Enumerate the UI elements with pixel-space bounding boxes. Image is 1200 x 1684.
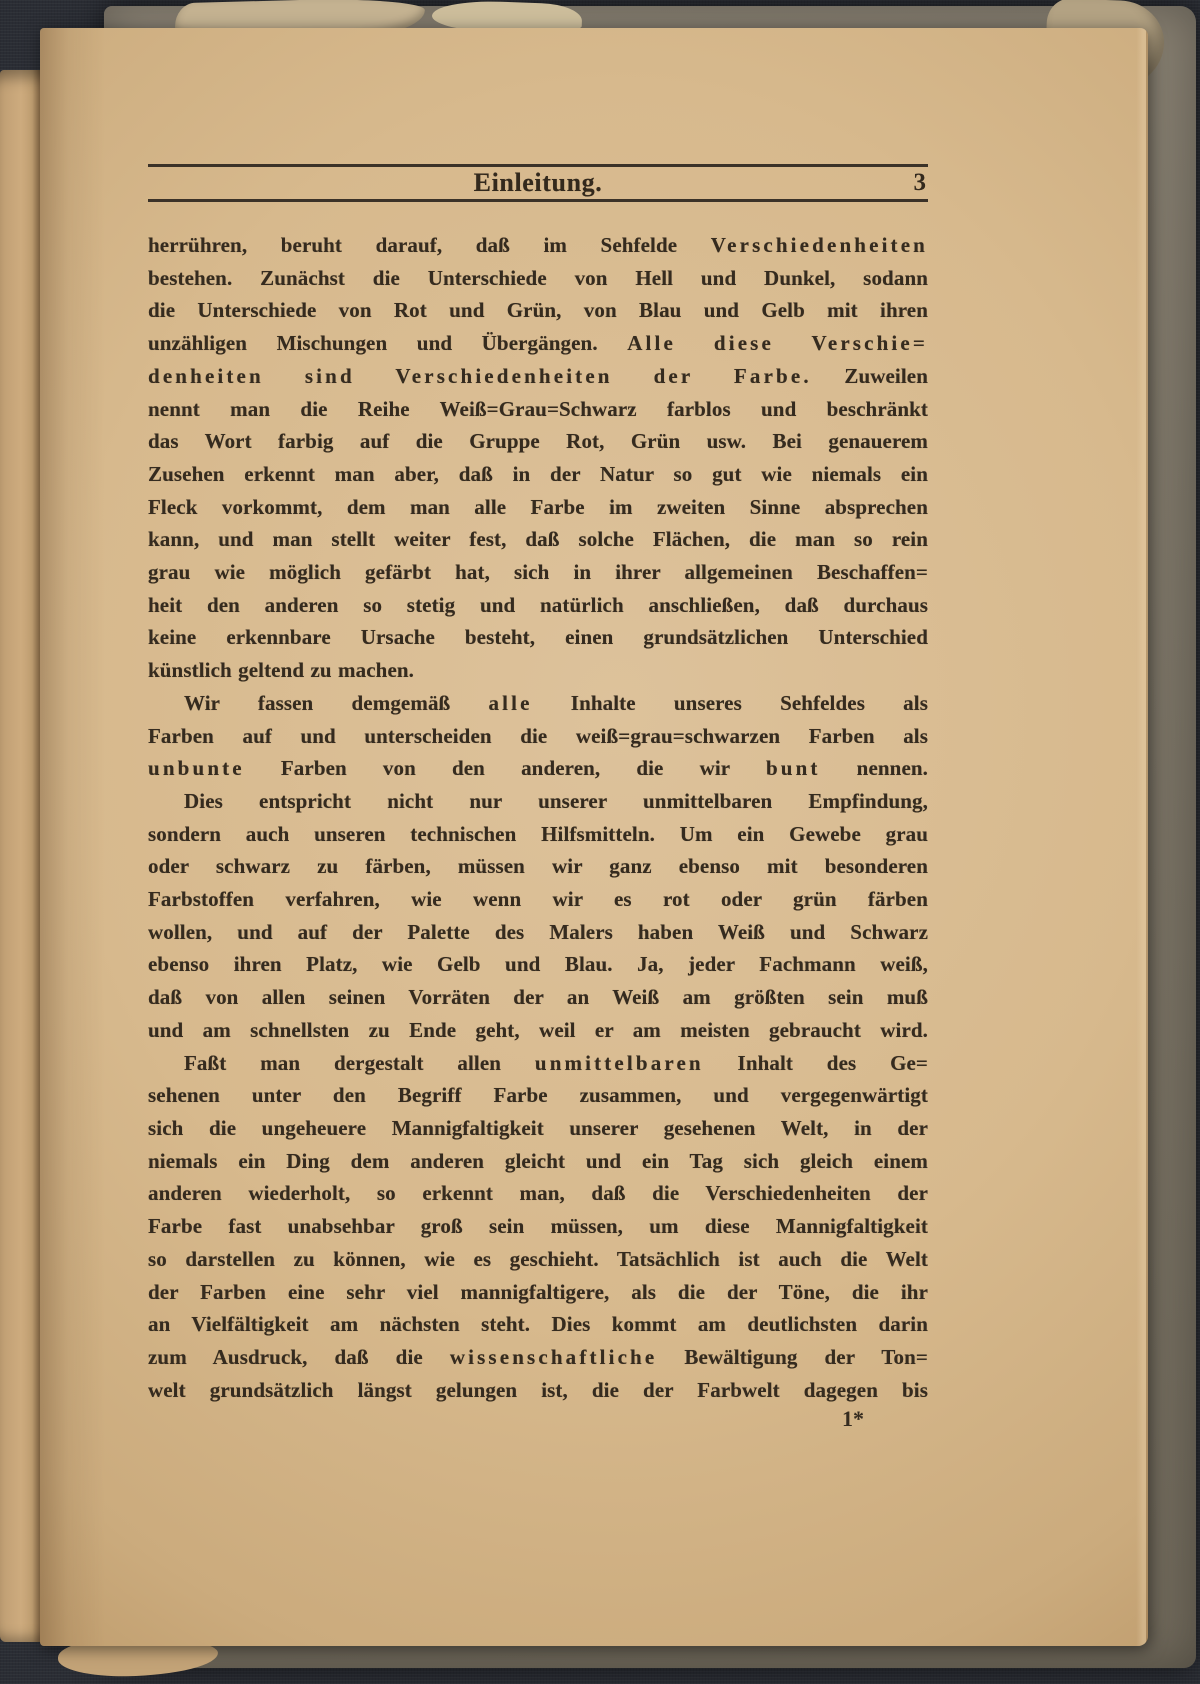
text-segment: anderen wiederholt, so erkennt man, daß … — [148, 1181, 928, 1205]
text-segment: Alle diese Verschie= — [627, 331, 928, 355]
text-line: das Wort farbig auf die Gruppe Rot, Grün… — [148, 425, 928, 458]
text-line: kann, und man stellt weiter fest, daß so… — [148, 523, 928, 556]
text-segment: sehenen unter den Begriff Farbe zusammen… — [148, 1083, 928, 1107]
text-line: denheiten sind Verschiedenheiten der Far… — [148, 360, 928, 393]
text-segment: nennen. — [821, 756, 928, 780]
text-segment: kann, und man stellt weiter fest, daß so… — [148, 527, 928, 551]
text-line: grau wie möglich gefärbt hat, sich in ih… — [148, 556, 928, 589]
text-segment: welt grundsätzlich längst gelungen ist, … — [148, 1378, 928, 1402]
text-line: daß von allen seinen Vorräten der an Wei… — [148, 981, 928, 1014]
text-line: Farbe fast unabsehbar groß sein müssen, … — [148, 1210, 928, 1243]
text-line: sich die ungeheuere Mannigfaltigkeit uns… — [148, 1112, 928, 1145]
header-rule-bottom — [148, 199, 928, 202]
text-segment: Verschiedenheiten — [711, 233, 928, 257]
paragraph: Wir fassen demgemäß alle Inhalte unseres… — [148, 687, 928, 785]
text-line: unzähligen Mischungen und Übergängen. Al… — [148, 327, 928, 360]
text-segment: niemals ein Ding dem anderen gleicht und… — [148, 1149, 928, 1173]
text-segment: bestehen. Zunächst die Unterschiede von … — [148, 266, 928, 290]
header-rule-top — [148, 164, 928, 167]
text-segment: keine erkennbare Ursache besteht, einen … — [148, 625, 928, 649]
text-line: und am schnellsten zu Ende geht, weil er… — [148, 1014, 928, 1047]
text-segment: Zusehen erkennt man aber, daß in der Nat… — [148, 462, 928, 486]
text-segment: sondern auch unseren technischen Hilfsmi… — [148, 822, 928, 846]
text-line: anderen wiederholt, so erkennt man, daß … — [148, 1177, 928, 1210]
text-segment: Fleck vorkommt, dem man alle Farbe im zw… — [148, 495, 928, 519]
text-segment: alle — [489, 691, 533, 715]
text-segment: bunt — [766, 756, 821, 780]
text-segment: Inhalt des Ge= — [704, 1051, 928, 1075]
page-number: 3 — [914, 169, 927, 197]
text-segment: der Farben eine sehr viel mannigfaltiger… — [148, 1280, 928, 1304]
text-segment: künstlich geltend zu machen. — [148, 658, 414, 682]
text-line: Farben auf und unterscheiden die weiß=gr… — [148, 720, 928, 753]
paragraph: Faßt man dergestalt allen unmittelbaren … — [148, 1047, 928, 1407]
text-segment: unzähligen Mischungen und Übergängen. — [148, 331, 627, 355]
text-line: zum Ausdruck, daß die wissenschaftliche … — [148, 1341, 928, 1374]
text-segment: zum Ausdruck, daß die — [148, 1345, 450, 1369]
text-line: nennt man die Reihe Weiß=Grau=Schwarz fa… — [148, 393, 928, 426]
text-segment: unbunte — [148, 756, 245, 780]
text-line: ebenso ihren Platz, wie Gelb und Blau. J… — [148, 948, 928, 981]
text-segment: an Vielfältigkeit am nächsten steht. Die… — [148, 1312, 928, 1336]
text-segment: heit den anderen so stetig und natürlich… — [148, 593, 928, 617]
text-line: Farbstoffen verfahren, wie wenn wir es r… — [148, 883, 928, 916]
text-segment: und am schnellsten zu Ende geht, weil er… — [148, 1018, 928, 1042]
text-segment: sich die ungeheuere Mannigfaltigkeit uns… — [148, 1116, 928, 1140]
text-line: Wir fassen demgemäß alle Inhalte unseres… — [148, 687, 928, 720]
running-title: Einleitung. — [148, 168, 928, 198]
text-segment: unmittelbaren — [535, 1051, 704, 1075]
photo-background: Einleitung. 3 herrühren, beruht darauf, … — [0, 0, 1200, 1684]
text-line: sehenen unter den Begriff Farbe zusammen… — [148, 1079, 928, 1112]
page-header: Einleitung. 3 — [148, 164, 928, 202]
text-segment: Dies entspricht nicht nur unserer unmitt… — [184, 789, 928, 813]
text-line: die Unterschiede von Rot und Grün, von B… — [148, 294, 928, 327]
text-segment: denheiten sind Verschiedenheiten der Far… — [148, 364, 812, 388]
text-segment: nennt man die Reihe Weiß=Grau=Schwarz fa… — [148, 397, 928, 421]
text-line: heit den anderen so stetig und natürlich… — [148, 589, 928, 622]
text-line: wollen, und auf der Palette des Malers h… — [148, 916, 928, 949]
text-line: Fleck vorkommt, dem man alle Farbe im zw… — [148, 491, 928, 524]
text-line: keine erkennbare Ursache besteht, einen … — [148, 621, 928, 654]
text-segment: Farben auf und unterscheiden die weiß=gr… — [148, 724, 928, 748]
text-segment: Farbe fast unabsehbar groß sein müssen, … — [148, 1214, 928, 1238]
text-line: sondern auch unseren technischen Hilfsmi… — [148, 818, 928, 851]
text-segment: das Wort farbig auf die Gruppe Rot, Grün… — [148, 429, 928, 453]
text-segment: Faßt man dergestalt allen — [184, 1051, 535, 1075]
text-segment: ebenso ihren Platz, wie Gelb und Blau. J… — [148, 952, 928, 976]
text-segment: oder schwarz zu färben, müssen wir ganz … — [148, 854, 928, 878]
text-line: oder schwarz zu färben, müssen wir ganz … — [148, 850, 928, 883]
text-segment: Farben von den anderen, die wir — [245, 756, 766, 780]
text-segment: Bewältigung der Ton= — [657, 1345, 928, 1369]
text-segment: Inhalte unseres Sehfeldes als — [533, 691, 928, 715]
text-segment: Wir fassen demgemäß — [184, 691, 489, 715]
paragraph: herrühren, beruht darauf, daß im Sehfeld… — [148, 229, 928, 687]
text-line: Faßt man dergestalt allen unmittelbaren … — [148, 1047, 928, 1080]
text-segment: herrühren, beruht darauf, daß im Sehfeld… — [148, 233, 711, 257]
text-line: an Vielfältigkeit am nächsten steht. Die… — [148, 1308, 928, 1341]
signature-mark: 1* — [148, 1406, 928, 1432]
book-page: Einleitung. 3 herrühren, beruht darauf, … — [40, 28, 1148, 1646]
text-line: welt grundsätzlich längst gelungen ist, … — [148, 1374, 928, 1407]
text-segment: so darstellen zu können, wie es geschieh… — [148, 1247, 928, 1271]
text-line: so darstellen zu können, wie es geschieh… — [148, 1243, 928, 1276]
paragraph: Dies entspricht nicht nur unserer unmitt… — [148, 785, 928, 1047]
text-line: herrühren, beruht darauf, daß im Sehfeld… — [148, 229, 928, 262]
text-segment: grau wie möglich gefärbt hat, sich in ih… — [148, 560, 928, 584]
text-line: niemals ein Ding dem anderen gleicht und… — [148, 1145, 928, 1178]
text-line: Dies entspricht nicht nur unserer unmitt… — [148, 785, 928, 818]
text-line: Zusehen erkennt man aber, daß in der Nat… — [148, 458, 928, 491]
text-line: unbunte Farben von den anderen, die wir … — [148, 752, 928, 785]
text-segment: daß von allen seinen Vorräten der an Wei… — [148, 985, 928, 1009]
text-segment: Farbstoffen verfahren, wie wenn wir es r… — [148, 887, 928, 911]
text-segment: die Unterschiede von Rot und Grün, von B… — [148, 298, 928, 322]
text-line: bestehen. Zunächst die Unterschiede von … — [148, 262, 928, 295]
text-segment: wollen, und auf der Palette des Malers h… — [148, 920, 928, 944]
text-segment: Zuweilen — [812, 364, 928, 388]
text-body: herrühren, beruht darauf, daß im Sehfeld… — [148, 229, 928, 1406]
text-line: der Farben eine sehr viel mannigfaltiger… — [148, 1276, 928, 1309]
text-segment: wissenschaftliche — [450, 1345, 658, 1369]
text-line: künstlich geltend zu machen. — [148, 654, 928, 687]
